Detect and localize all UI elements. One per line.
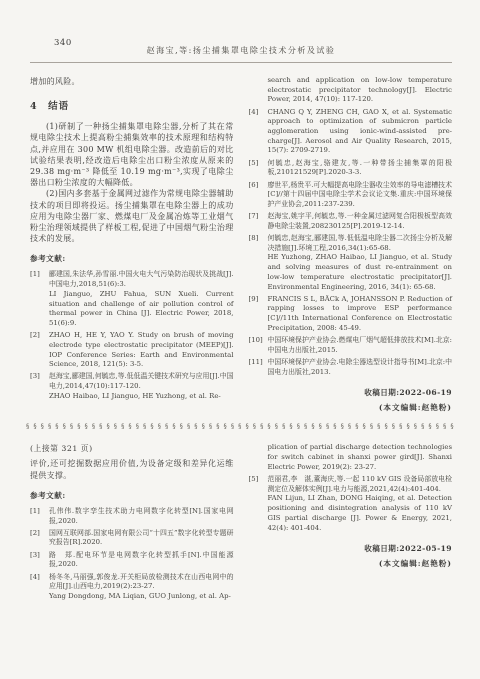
- reference-translation: ZHAO Haibao, LI Jianguo, HE Yuzhong, et …: [49, 392, 234, 402]
- lead-paragraph: 评价,还可挖掘数据应用价值,为设备定级和差异化运维提供支撑。: [30, 458, 234, 480]
- reference-number: [1]: [30, 270, 49, 328]
- section-divider-ornament: § § § § § § § § § § § § § § § § § § § § …: [26, 422, 456, 430]
- reference-text: 范丽君,李 湛,董海庆,等.一起 110 kV GIS 设备局部放电检测定位及解…: [268, 475, 453, 493]
- reference-item: [6] 廖世平,杨贵平.可大幅提高电除尘器收尘效率的导电滤槽技术[C]//第十四…: [249, 181, 453, 210]
- references-heading: 参考文献:: [30, 490, 234, 501]
- reference-text: 中国环境保护产业协会.电除尘器选型设计指导书[M].北京:中国电力出版社,201…: [268, 358, 453, 376]
- editor-note: (本文编辑:赵艳粉): [249, 402, 453, 413]
- reference-number: [249, 443, 268, 472]
- received-date: 收稿日期:2022-06-19: [249, 387, 453, 398]
- reference-text: 孔伟伟.数字孪生技术助力电网数字化转型[N].国家电网报,2020.: [49, 507, 234, 525]
- reference-number: [5]: [249, 475, 268, 533]
- running-title: 赵海宝,等:扬尘捕集罩电除尘技术分析及试验: [147, 46, 336, 55]
- paragraph: (2)国内多套基于金属网过滤作为常规电除尘器辅助技术的项目即将投运。扬尘捕集罩在…: [30, 188, 234, 244]
- reference-translation: FAN Lijun, LI Zhan, DONG Haiqing, et al.…: [268, 494, 453, 533]
- reference-text: CHANG Q Y, ZHENG CH, GAO X, et al. Syste…: [268, 108, 453, 155]
- reference-text: 赵海宝,姚宇平,何毓忠,等.一种金属过滤网复合阳极板型高效静电除尘装置,2082…: [268, 212, 453, 230]
- reference-text: 何毓忠,赵海宝,骆建友,等.一种带扬尘捕集罩的阳极板,210121529[P].…: [268, 159, 453, 177]
- reference-text: 何毓忠,赵海宝,郦建国,等.低低温电除尘器二次扬尘分析及解决措施[J].环境工程…: [268, 234, 453, 252]
- reference-item: [8] 何毓忠,赵海宝,郦建国,等.低低温电除尘器二次扬尘分析及解决措施[J].…: [249, 234, 453, 292]
- reference-text: 郦建国,朱法华,孙雪丽.中国火电大气污染防治现状及挑战[J].中国电力,2018…: [49, 270, 234, 288]
- article2-left-column: (上接第 321 页) 评价,还可挖掘数据应用价值,为设备定级和差异化运维提供支…: [30, 443, 234, 604]
- reference-number: [8]: [249, 234, 268, 292]
- reference-number: [5]: [249, 159, 268, 178]
- conclusion-heading: 4 结语: [30, 98, 234, 112]
- received-date: 收稿日期:2022-05-19: [249, 543, 453, 554]
- article1-references-right: search and application on low-low temper…: [249, 76, 453, 377]
- reference-item: [1] 孔伟伟.数字孪生技术助力电网数字化转型[N].国家电网报,2020.: [30, 507, 234, 526]
- reference-text: 杨冬冬,马丽强,郭俊龙.开关柜局放检测技术在山西电网中的应用[J].山西电力,2…: [49, 573, 234, 591]
- reference-item: search and application on low-low temper…: [249, 76, 453, 105]
- reference-item: [4] CHANG Q Y, ZHENG CH, GAO X, et al. S…: [249, 108, 453, 157]
- editor-note: (本文编辑:赵艳粉): [249, 558, 453, 569]
- intro-fragment: 增加的风险。: [30, 76, 234, 87]
- continued-from-note: (上接第 321 页): [30, 443, 234, 454]
- reference-item: [10] 中国环境保护产业协会.燃煤电厂烟气超低排放技术[M].北京:中国电力出…: [249, 336, 453, 355]
- reference-text: FRANCIS S L, BÄCk A, JOHANSSON P. Reduct…: [268, 295, 453, 332]
- reference-item: [5] 范丽君,李 湛,董海庆,等.一起 110 kV GIS 设备局部放电检测…: [249, 475, 453, 533]
- article2-references-right: plication of partial discharge detection…: [249, 443, 453, 533]
- reference-item: [3] 赵海宝,郦建国,何毓忠,等.低低温关键技术研究与应用[J].中国电力,2…: [30, 372, 234, 401]
- reference-item: [1] 郦建国,朱法华,孙雪丽.中国火电大气污染防治现状及挑战[J].中国电力,…: [30, 270, 234, 328]
- reference-number: [2]: [30, 529, 49, 548]
- reference-number: [6]: [249, 181, 268, 210]
- page-number: 340: [54, 38, 72, 48]
- reference-item: [7] 赵海宝,姚宇平,何毓忠,等.一种金属过滤网复合阳极板型高效静电除尘装置,…: [249, 212, 453, 231]
- journal-page: 340 赵海宝,等:扬尘捕集罩电除尘技术分析及试验 增加的风险。 4 结语 (1…: [0, 0, 480, 679]
- reference-translation: Yang Dongdong, MA Liqian, GUO Junlong, e…: [49, 592, 234, 602]
- conclusion-paragraphs: (1)研制了一种扬尘捕集罩电除尘器,分析了其在常规电除尘技术上提高粉尘捕集效率的…: [30, 121, 234, 244]
- reference-item: [5] 何毓忠,赵海宝,骆建友,等.一种带扬尘捕集罩的阳极板,210121529…: [249, 159, 453, 178]
- reference-number: [3]: [30, 372, 49, 401]
- article1-left-column: 增加的风险。 4 结语 (1)研制了一种扬尘捕集罩电除尘器,分析了其在常规电除尘…: [30, 76, 234, 413]
- reference-text: 国网互联网部.国家电网有限公司“十四五”数字化转型专题研究报告[R].2020.: [49, 529, 234, 547]
- reference-number: [9]: [249, 295, 268, 334]
- reference-item: [11] 中国环境保护产业协会.电除尘器选型设计指导书[M].北京:中国电力出版…: [249, 358, 453, 377]
- reference-item: [9] FRANCIS S L, BÄCk A, JOHANSSON P. Re…: [249, 295, 453, 334]
- reference-text: 廖世平,杨贵平.可大幅提高电除尘器收尘效率的导电滤槽技术[C]//第十四届中国电…: [268, 181, 453, 208]
- reference-item: [3] 路 郑.配电环节是电网数字化转型抓手[N].中国能源报,2020.: [30, 551, 234, 570]
- reference-number: [3]: [30, 551, 49, 570]
- reference-number: [4]: [249, 108, 268, 157]
- article2-right-column: plication of partial discharge detection…: [249, 443, 453, 604]
- reference-item: plication of partial discharge detection…: [249, 443, 453, 472]
- reference-item: [4] 杨冬冬,马丽强,郭俊龙.开关柜局放检测技术在山西电网中的应用[J].山西…: [30, 573, 234, 602]
- article2-section: (上接第 321 页) 评价,还可挖掘数据应用价值,为设备定级和差异化运维提供支…: [30, 443, 452, 604]
- reference-item: [2] 国网互联网部.国家电网有限公司“十四五”数字化转型专题研究报告[R].2…: [30, 529, 234, 548]
- article1-references-left: [1] 郦建国,朱法华,孙雪丽.中国火电大气污染防治现状及挑战[J].中国电力,…: [30, 270, 234, 401]
- article2-references-left: [1] 孔伟伟.数字孪生技术助力电网数字化转型[N].国家电网报,2020. […: [30, 507, 234, 602]
- reference-number: [1]: [30, 507, 49, 526]
- reference-text: 中国环境保护产业协会.燃煤电厂烟气超低排放技术[M].北京:中国电力出版社,20…: [268, 336, 453, 354]
- reference-number: [7]: [249, 212, 268, 231]
- reference-number: [2]: [30, 331, 49, 370]
- reference-text: search and application on low-low temper…: [268, 76, 453, 103]
- page-header: 340 赵海宝,等:扬尘捕集罩电除尘技术分析及试验: [30, 38, 452, 63]
- reference-number: [249, 76, 268, 105]
- references-heading: 参考文献:: [30, 253, 234, 264]
- reference-text: 赵海宝,郦建国,何毓忠,等.低低温关键技术研究与应用[J].中国电力,2014,…: [49, 372, 234, 390]
- reference-text: plication of partial discharge detection…: [268, 443, 453, 470]
- reference-text: 路 郑.配电环节是电网数字化转型抓手[N].中国能源报,2020.: [49, 551, 234, 569]
- reference-translation: LI Jianguo, ZHU Fahua, SUN Xueli. Curren…: [49, 290, 234, 329]
- paragraph: (1)研制了一种扬尘捕集罩电除尘器,分析了其在常规电除尘技术上提高粉尘捕集效率的…: [30, 121, 234, 188]
- article1-right-column: search and application on low-low temper…: [249, 76, 453, 413]
- reference-text: ZHAO H, HE Y, YAO Y. Study on brush of m…: [49, 331, 234, 368]
- reference-translation: HE Yuzhong, ZHAO Haibao, LI Jianguo, et …: [268, 253, 453, 292]
- reference-number: [10]: [249, 336, 268, 355]
- reference-item: [2] ZHAO H, HE Y, YAO Y. Study on brush …: [30, 331, 234, 370]
- article1-section: 增加的风险。 4 结语 (1)研制了一种扬尘捕集罩电除尘器,分析了其在常规电除尘…: [30, 76, 452, 413]
- reference-number: [4]: [30, 573, 49, 602]
- reference-number: [11]: [249, 358, 268, 377]
